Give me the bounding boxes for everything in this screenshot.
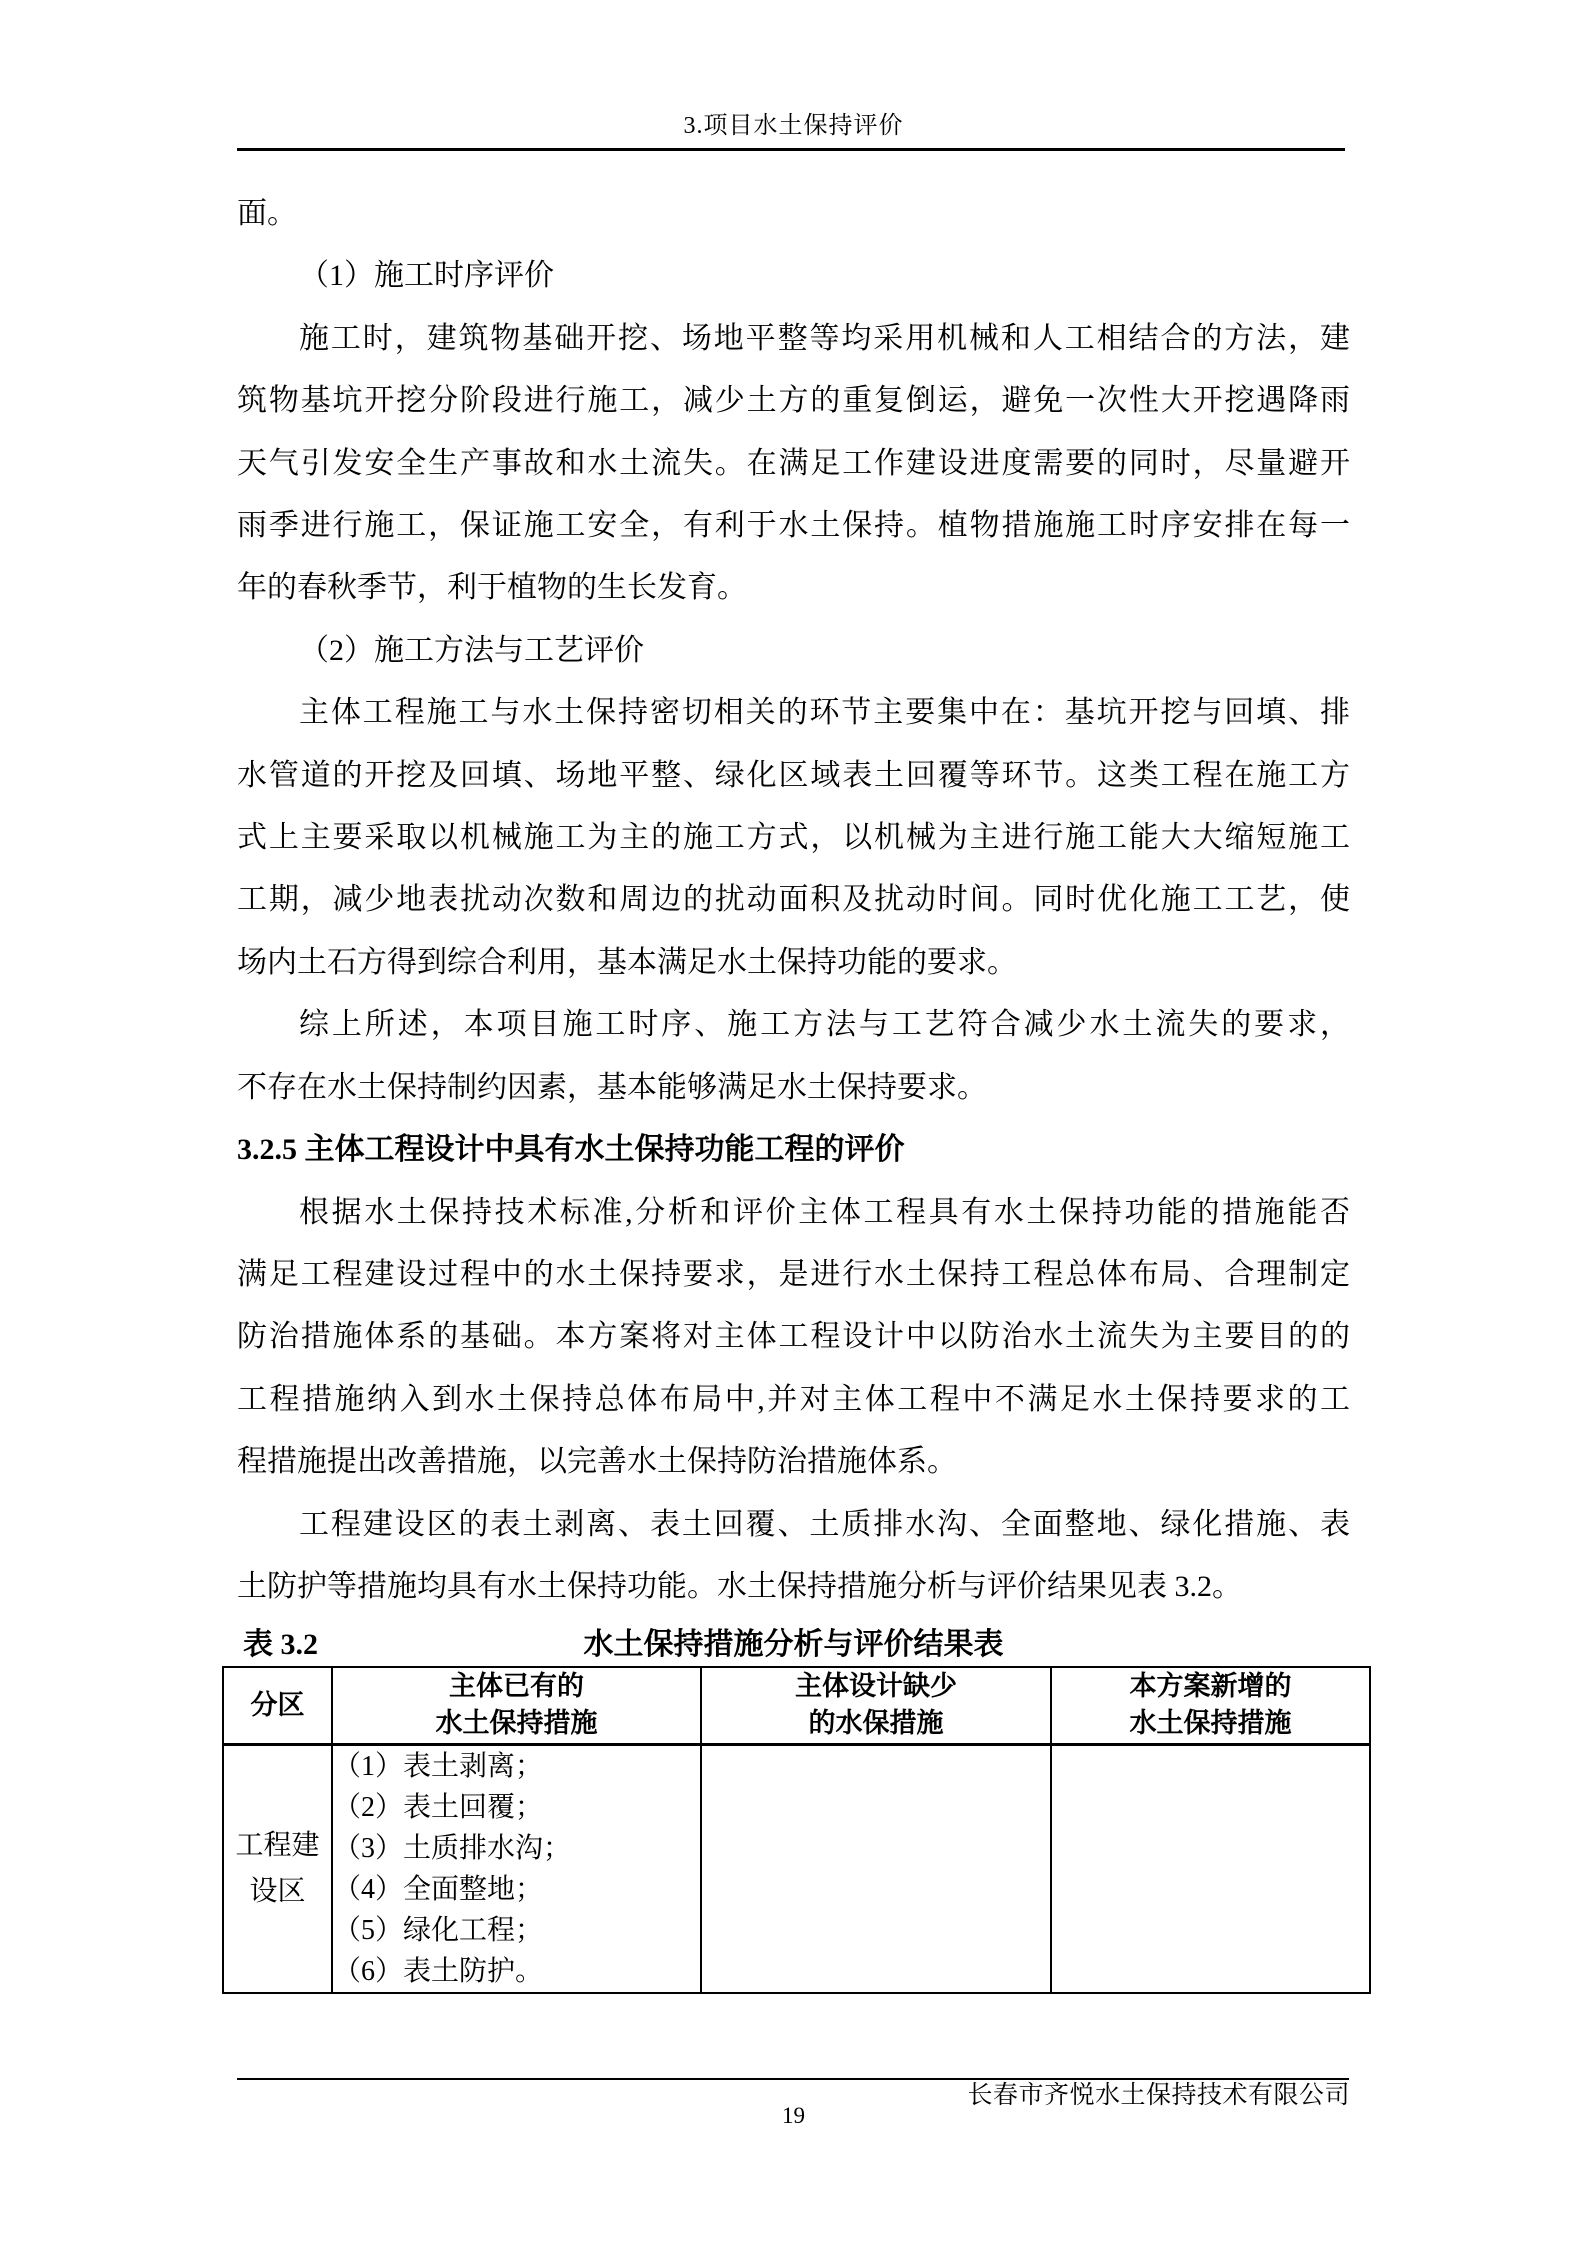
body-line: 工程措施纳入到水土保持总体布局中,并对主体工程中不满足水土保持要求的工 bbox=[237, 1369, 1350, 1431]
column-header-line: 水土保持措施 bbox=[333, 1705, 700, 1742]
new-measures-cell bbox=[1051, 1744, 1370, 1993]
body-line: 年的春秋季节，利于植物的生长发育。 bbox=[237, 557, 1350, 619]
document-page: 3.项目水土保持评价 面。（1）施工时序评价施工时，建筑物基础开挖、场地平整等均… bbox=[0, 0, 1587, 2245]
column-header: 主体设计缺少的水保措施 bbox=[701, 1667, 1051, 1744]
column-header: 主体已有的水土保持措施 bbox=[332, 1667, 701, 1744]
measure-item: （3）土质排水沟； bbox=[333, 1828, 700, 1869]
body-line: 雨季进行施工，保证施工安全，有利于水土保持。植物措施施工时序安排在每一 bbox=[237, 495, 1350, 557]
measure-item: （1）表土剥离； bbox=[333, 1746, 700, 1787]
column-header-line: 分区 bbox=[224, 1687, 331, 1724]
section-heading-line: 3.2.5 主体工程设计中具有水土保持功能工程的评价 bbox=[237, 1119, 1350, 1181]
body-line: 土防护等措施均具有水土保持功能。水土保持措施分析与评价结果见表 3.2。 bbox=[237, 1556, 1350, 1618]
table-number-label: 表 3.2 bbox=[243, 1617, 318, 1673]
body-line: 场内土石方得到综合利用，基本满足水土保持功能的要求。 bbox=[237, 932, 1350, 994]
body-line: 根据水土保持技术标准,分析和评价主体工程具有水土保持功能的措施能否 bbox=[237, 1182, 1350, 1244]
body-line: （1）施工时序评价 bbox=[237, 245, 1350, 307]
column-header-line: 的水保措施 bbox=[702, 1705, 1050, 1742]
body-line: 施工时，建筑物基础开挖、场地平整等均采用机械和人工相结合的方法，建 bbox=[237, 308, 1350, 370]
table-header-row: 分区主体已有的水土保持措施主体设计缺少的水保措施本方案新增的水土保持措施 bbox=[223, 1667, 1370, 1744]
body-line: 天气引发安全生产事故和水土流失。在满足工作建设进度需要的同时，尽量避开 bbox=[237, 433, 1350, 495]
body-line: 程措施提出改善措施，以完善水土保持防治措施体系。 bbox=[237, 1431, 1350, 1493]
table-caption: 表 3.2 水土保持措施分析与评价结果表 bbox=[237, 1617, 1350, 1673]
body-line: 筑物基坑开挖分阶段进行施工，减少土方的重复倒运，避免一次性大开挖遇降雨 bbox=[237, 370, 1350, 432]
body-line: 面。 bbox=[237, 183, 1350, 245]
zone-cell: 工程建设区 bbox=[223, 1744, 332, 1993]
body-text: 面。（1）施工时序评价施工时，建筑物基础开挖、场地平整等均采用机械和人工相结合的… bbox=[237, 183, 1350, 1618]
column-header: 分区 bbox=[223, 1667, 332, 1744]
body-line: 水管道的开挖及回填、场地平整、绿化区域表土回覆等环节。这类工程在施工方 bbox=[237, 745, 1350, 807]
table-row: 工程建设区 （1）表土剥离；（2）表土回覆；（3）土质排水沟；（4）全面整地；（… bbox=[223, 1744, 1370, 1993]
body-line: 式上主要采取以机械施工为主的施工方式，以机械为主进行施工能大大缩短施工 bbox=[237, 807, 1350, 869]
body-line: 综上所述，本项目施工时序、施工方法与工艺符合减少水土流失的要求， bbox=[237, 994, 1350, 1056]
body-line: 满足工程建设过程中的水土保持要求，是进行水土保持工程总体布局、合理制定 bbox=[237, 1244, 1350, 1306]
body-line: 工程建设区的表土剥离、表土回覆、土质排水沟、全面整地、绿化措施、表 bbox=[237, 1494, 1350, 1556]
page-number: 19 bbox=[0, 2102, 1587, 2130]
measure-item: （6）表土防护。 bbox=[333, 1951, 700, 1992]
body-line: 不存在水土保持制约因素，基本能够满足水土保持要求。 bbox=[237, 1057, 1350, 1119]
chapter-header-title: 3.项目水土保持评价 bbox=[0, 111, 1587, 141]
footer-rule bbox=[237, 2078, 1349, 2080]
measures-table: 分区主体已有的水土保持措施主体设计缺少的水保措施本方案新增的水土保持措施 工程建… bbox=[222, 1666, 1371, 1994]
column-header-line: 主体已有的 bbox=[333, 1668, 700, 1705]
existing-measures-cell: （1）表土剥离；（2）表土回覆；（3）土质排水沟；（4）全面整地；（5）绿化工程… bbox=[332, 1744, 701, 1993]
column-header-line: 本方案新增的 bbox=[1052, 1668, 1369, 1705]
measure-item: （4）全面整地； bbox=[333, 1869, 700, 1910]
measure-item: （5）绿化工程； bbox=[333, 1910, 700, 1951]
column-header-line: 水土保持措施 bbox=[1052, 1705, 1369, 1742]
body-line: 防治措施体系的基础。本方案将对主体工程设计中以防治水土流失为主要目的的 bbox=[237, 1306, 1350, 1368]
column-header: 本方案新增的水土保持措施 bbox=[1051, 1667, 1370, 1744]
table-title: 水土保持措施分析与评价结果表 bbox=[584, 1628, 1004, 1661]
body-line: 主体工程施工与水土保持密切相关的环节主要集中在：基坑开挖与回填、排 bbox=[237, 682, 1350, 744]
header-rule bbox=[237, 148, 1345, 151]
missing-measures-cell bbox=[701, 1744, 1051, 1993]
body-line: （2）施工方法与工艺评价 bbox=[237, 620, 1350, 682]
column-header-line: 主体设计缺少 bbox=[702, 1668, 1050, 1705]
body-line: 工期，减少地表扰动次数和周边的扰动面积及扰动时间。同时优化施工工艺，使 bbox=[237, 869, 1350, 931]
measure-item: （2）表土回覆； bbox=[333, 1787, 700, 1828]
